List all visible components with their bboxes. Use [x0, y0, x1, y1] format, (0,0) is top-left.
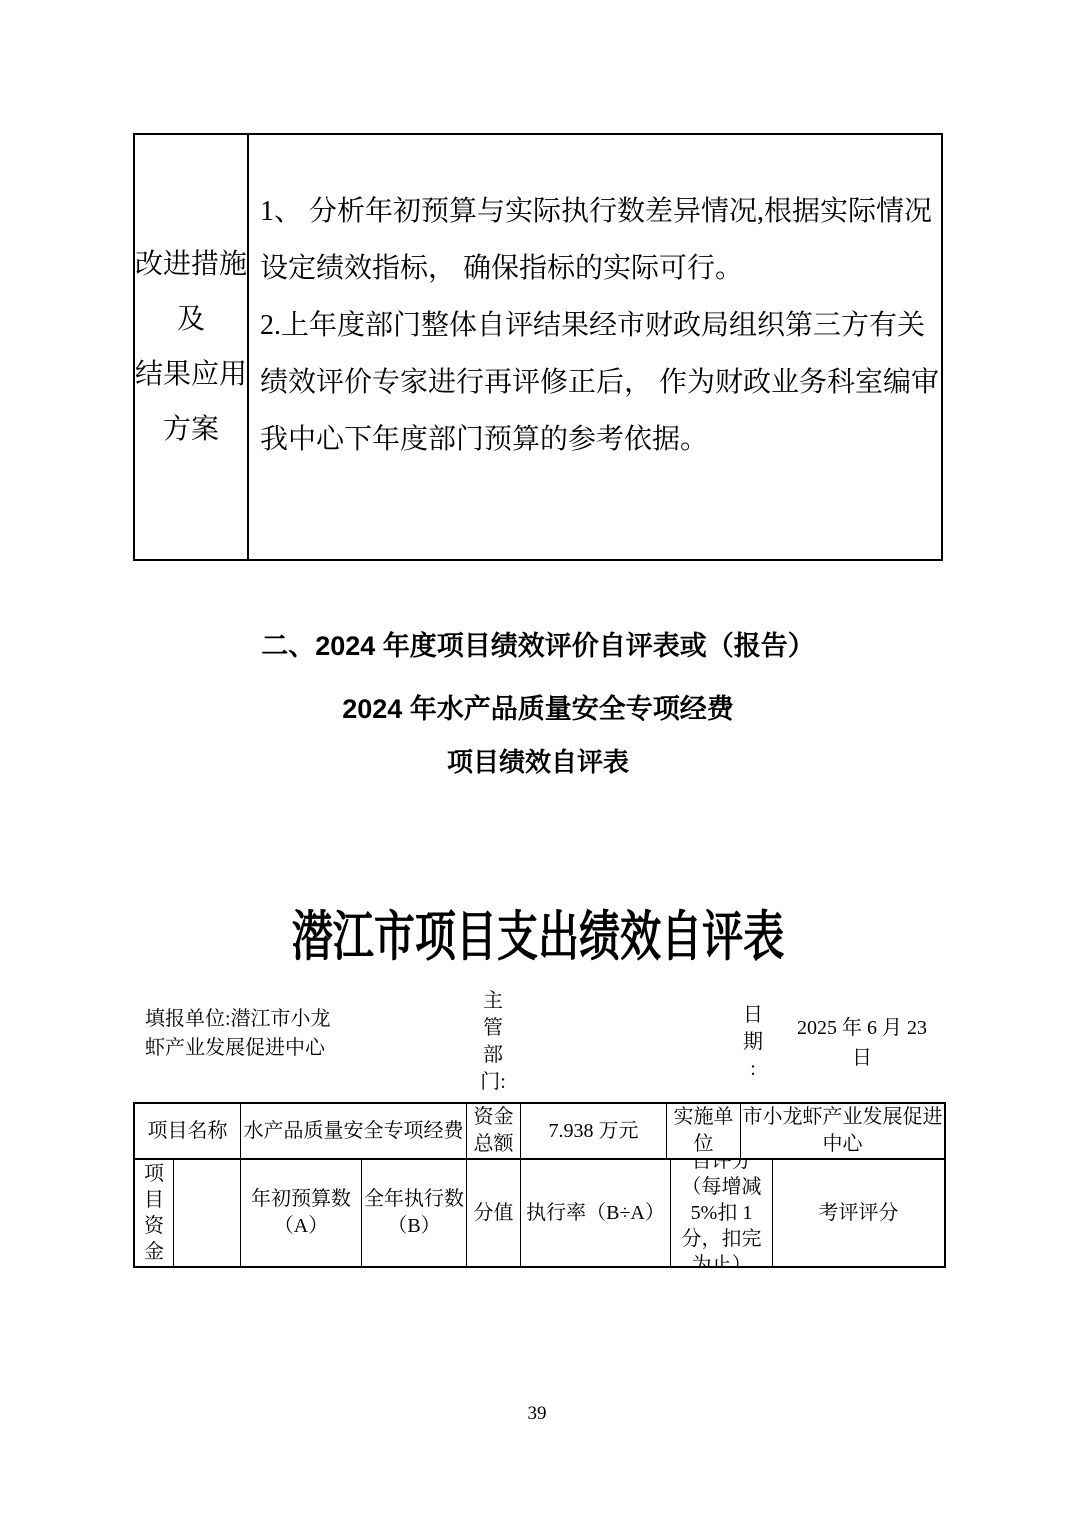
content-line: 1、 分析年初预算与实际执行数差异情况,根据实际情况 — [260, 183, 939, 240]
date-value: 2025 年 6 月 23 日 — [788, 1013, 936, 1073]
initial-budget-header-cell: 年初预算数（A） — [241, 1160, 362, 1266]
supervising-department-label: 主 管 部 门: — [480, 988, 506, 1096]
improvement-measures-header-cell: 改进措施 及 结果应用 方案 — [135, 135, 249, 559]
total-fund-value-cell: 7.938 万元 — [521, 1104, 667, 1158]
content-line: 我中心下年度部门预算的参考依据。 — [260, 411, 939, 468]
document-page: 改进措施 及 结果应用 方案 1、 分析年初预算与实际执行数差异情况,根据实际情… — [0, 0, 1074, 1520]
self-eval-table-title-text: 潜江市项目支出绩效自评表 — [292, 902, 784, 972]
reporting-unit-line: 填报单位:潜江市小龙 — [145, 1005, 355, 1034]
content-line: 2.上年度部门整体自评结果经市财政局组织第三方有关 — [260, 297, 939, 354]
fund-subheading: 2024 年水产品质量安全专项经费 — [133, 691, 943, 727]
review-score-header-cell: 考评评分 — [773, 1160, 944, 1266]
content-line: 绩效评价专家进行再评修正后， 作为财政业务科室编审 — [260, 354, 939, 411]
improvement-measures-table: 改进措施 及 结果应用 方案 1、 分析年初预算与实际执行数差异情况,根据实际情… — [133, 133, 943, 561]
project-summary-table: 项目名称 水产品质量安全专项经费 资金总额 7.938 万元 实施单位 市小龙虾… — [133, 1102, 946, 1268]
reporting-unit-field: 填报单位:潜江市小龙 虾产业发展促进中心 — [145, 1005, 355, 1063]
total-fund-label-cell: 资金总额 — [467, 1104, 521, 1158]
section-heading: 二、2024 年度项目绩效评价自评表或（报告） — [133, 628, 943, 664]
score-header-cell: 分值 — [467, 1160, 521, 1266]
project-fund-label-cell: 项 目 资 金 — [135, 1160, 174, 1266]
summary-row: 项目名称 水产品质量安全专项经费 资金总额 7.938 万元 实施单位 市小龙虾… — [135, 1104, 944, 1160]
self-eval-subheading: 项目绩效自评表 — [133, 745, 943, 779]
content-line: 设定绩效指标， 确保指标的实际可行。 — [260, 240, 939, 297]
fund-header-row: 项 目 资 金 年初预算数（A） 全年执行数（B） 分值 执行率（B÷A） 自评… — [135, 1160, 944, 1266]
annual-execution-header-cell: 全年执行数（B） — [362, 1160, 467, 1266]
reporting-unit-line: 虾产业发展促进中心 — [145, 1034, 355, 1063]
row-label-line: 及 — [135, 292, 247, 347]
project-name-label-cell: 项目名称 — [135, 1104, 241, 1158]
page-number: 39 — [0, 1403, 1074, 1425]
execution-rate-header-cell: 执行率（B÷A） — [521, 1160, 671, 1266]
improvement-measures-content-cell: 1、 分析年初预算与实际执行数差异情况,根据实际情况 设定绩效指标， 确保指标的… — [249, 135, 947, 559]
project-name-value-cell: 水产品质量安全专项经费 — [241, 1104, 467, 1158]
self-score-header-cell: 自评分（每增减 5%扣 1 分，扣完为止） — [671, 1160, 773, 1266]
self-eval-table-title: 潜江市项目支出绩效自评表 — [133, 902, 943, 986]
row-label-line: 方案 — [135, 402, 247, 457]
date-label: 日 期 : — [740, 1002, 766, 1083]
row-label-line: 结果应用 — [135, 347, 247, 402]
implementing-unit-value-cell: 市小龙虾产业发展促进中心 — [741, 1104, 944, 1158]
implementing-unit-label-cell: 实施单位 — [667, 1104, 741, 1158]
empty-cell — [174, 1160, 241, 1266]
row-label-line: 改进措施 — [135, 237, 247, 292]
